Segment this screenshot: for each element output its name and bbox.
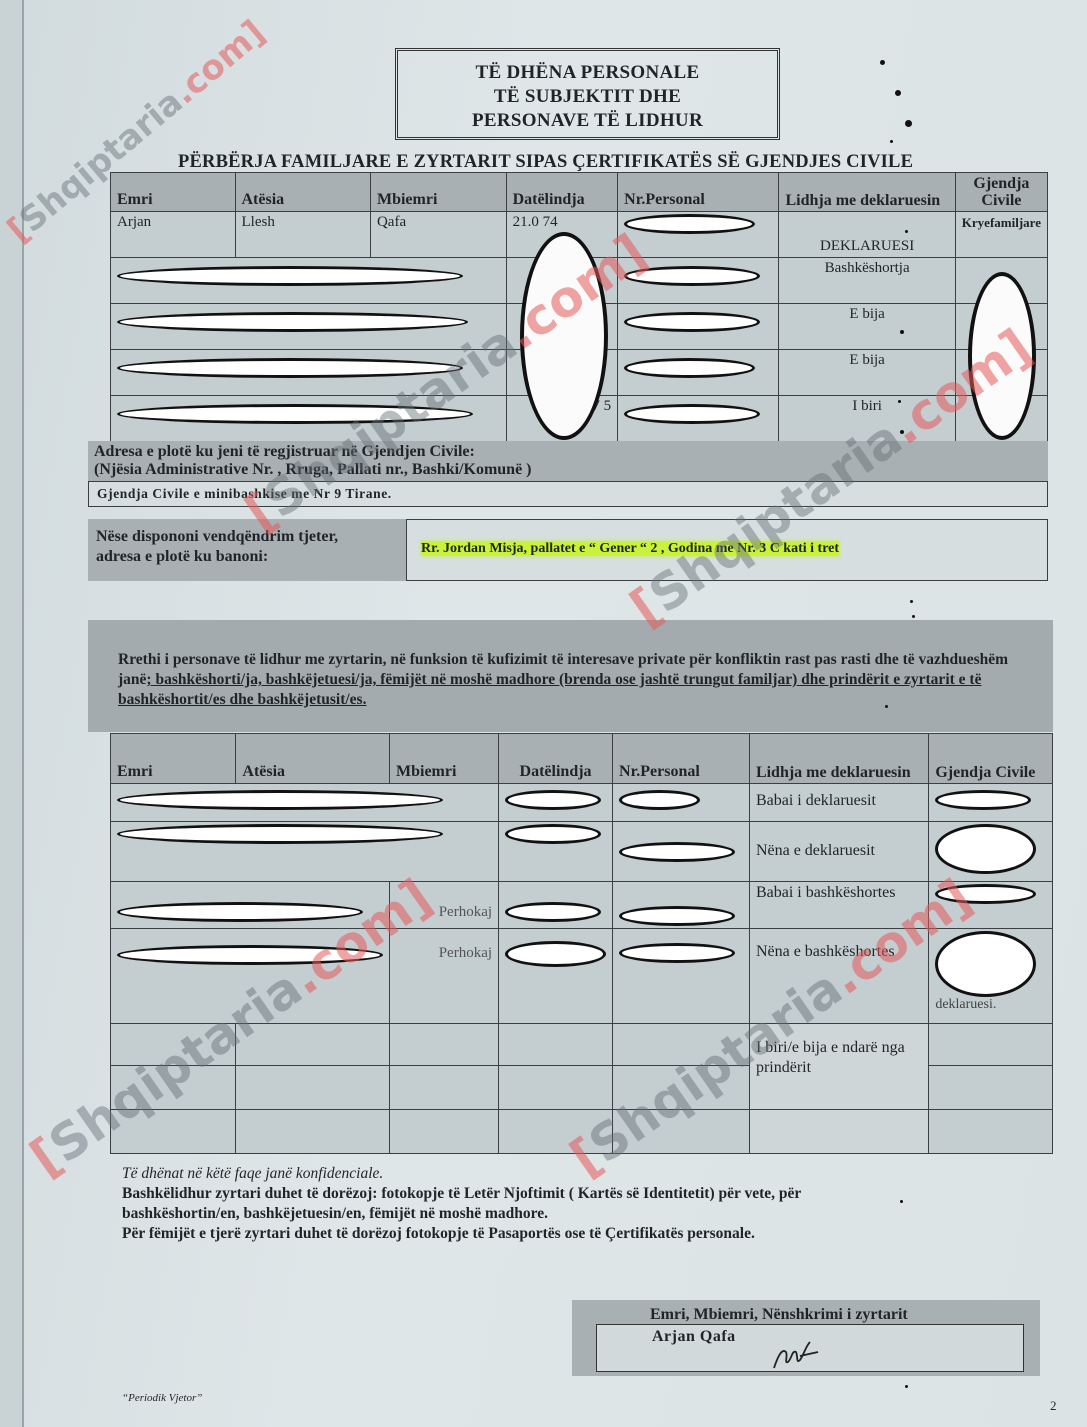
- page-edge: [22, 0, 24, 1427]
- cell-nr-personal: [618, 304, 779, 350]
- redaction-mark: [624, 312, 760, 332]
- cell-mbiemri: Perhokaj: [390, 929, 499, 1024]
- empty-cell: [613, 1066, 750, 1110]
- col-mbiemri: Mbiemri: [390, 734, 499, 784]
- table-row: [111, 1110, 1053, 1154]
- redaction-mark: [505, 824, 601, 844]
- redaction-mark: [117, 790, 443, 810]
- form-type-footer: “Periodik Vjetor”: [122, 1392, 202, 1404]
- cell-name-redacted: [111, 929, 390, 1024]
- empty-cell: [390, 1066, 499, 1110]
- cell-lidhja: Babai i deklaruesit: [749, 784, 928, 822]
- cell-gjendja: Kryefamiljare: [955, 212, 1047, 258]
- handwritten-signature-icon: [770, 1338, 830, 1372]
- cell-lidhja: Nëna e bashkëshortes: [749, 929, 928, 1024]
- redaction-mark: [117, 902, 363, 922]
- redaction-mark: [619, 790, 700, 810]
- cell-atesia: Llesh: [235, 212, 370, 258]
- cell-nr-personal: [618, 350, 779, 396]
- attachment-note-line1: Bashkëlidhur zyrtari duhet të dorëzoj: f…: [122, 1184, 1002, 1204]
- redaction-mark: [117, 824, 443, 844]
- redaction-mark: [505, 941, 606, 967]
- cell-datelindja: [499, 784, 613, 822]
- cell-lidhja: Babai i bashkëshortes: [749, 882, 928, 929]
- cell-lidhja: DEKLARUESI: [779, 212, 955, 258]
- intro-underlined-text: ; bashkëshorti/ja, bashkëjetuesi/ja, fëm…: [118, 671, 981, 708]
- cell-datelindja: [499, 929, 613, 1024]
- col-atesia: Atësia: [235, 173, 370, 212]
- col-gjendja: Gjendja Civile: [955, 173, 1047, 212]
- col-datelindja: Datëlindja: [506, 173, 618, 212]
- cell-nr-personal: [618, 258, 779, 304]
- col-emri: Emri: [111, 734, 236, 784]
- empty-cell: [613, 1024, 750, 1066]
- redaction-mark: [619, 943, 735, 963]
- table-row: Perhokaj Babai i bashkëshortes: [111, 882, 1053, 929]
- cell-nr-personal: [618, 212, 779, 258]
- related-persons-table: Emri Atësia Mbiemri Datëlindja Nr.Person…: [110, 733, 1053, 1154]
- confidential-note: Të dhënat në këtë faqe janë konfidencial…: [122, 1164, 1002, 1184]
- cell-gjendja: [929, 882, 1053, 929]
- col-emri: Emri: [111, 173, 236, 212]
- attachment-note-line2: bashkëshortin/en, bashkëjetuesin/en, fëm…: [122, 1204, 1002, 1224]
- empty-cell: [929, 1024, 1053, 1066]
- residence-label-line1: Nëse dispononi vendqëndrim tjeter,: [96, 527, 398, 547]
- redaction-mark: [117, 404, 473, 424]
- col-gjendja: Gjendja Civile: [929, 734, 1053, 784]
- empty-cell: [111, 1024, 236, 1066]
- title-line-2: TË SUBJEKTIT DHE: [398, 85, 777, 109]
- cell-nr-personal: [613, 784, 750, 822]
- cell-name-redacted: [111, 258, 507, 304]
- redaction-mark: [935, 790, 1031, 810]
- related-persons-intro: Rrethi i personave të lidhur me zyrtarin…: [118, 650, 1038, 710]
- col-datelindja: Datëlindja: [499, 734, 613, 784]
- empty-cell: [390, 1110, 499, 1154]
- cell-name-redacted: [111, 822, 499, 882]
- attachment-note-line3: Për fëmijët e tjerë zyrtari duhet të dor…: [122, 1224, 1002, 1244]
- cell-nr-personal: [613, 882, 750, 929]
- empty-cell: [749, 1110, 928, 1154]
- table-row: Nëna e deklaruesit: [111, 822, 1053, 882]
- signature-name: Arjan Qafa: [652, 1328, 736, 1346]
- family-table-header: Emri Atësia Mbiemri Datëlindja Nr.Person…: [111, 173, 1048, 212]
- col-lidhja: Lidhja me deklaruesin: [779, 173, 955, 212]
- col-lidhja: Lidhja me deklaruesin: [749, 734, 928, 784]
- cell-nr-personal: [613, 929, 750, 1024]
- cell-lidhja: E bija: [779, 304, 955, 350]
- empty-cell: [929, 1066, 1053, 1110]
- cell-name-redacted: [111, 882, 390, 929]
- table-row: Babai i deklaruesit: [111, 784, 1053, 822]
- related-table-header: Emri Atësia Mbiemri Datëlindja Nr.Person…: [111, 734, 1053, 784]
- empty-cell: [236, 1066, 390, 1110]
- title-line-1: TË DHËNA PERSONALE: [398, 61, 777, 85]
- cell-name-redacted: [111, 350, 507, 396]
- table-row: Perhokaj Nëna e bashkëshortes deklaruesi…: [111, 929, 1053, 1024]
- redaction-mark-dates: [520, 232, 608, 440]
- cell-name-redacted: [111, 784, 499, 822]
- cell-gjendja: [929, 822, 1053, 882]
- redaction-mark: [619, 842, 735, 862]
- residence-label-line2: adresa e plotë ku banoni:: [96, 547, 398, 567]
- redaction-mark: [935, 824, 1036, 874]
- cell-gjendja: deklaruesi.: [929, 929, 1053, 1024]
- redaction-mark: [117, 266, 463, 286]
- registered-address-label: Adresa e plotë ku jeni të regjistruar në…: [88, 441, 1048, 481]
- residence-address-highlighted: Rr. Jordan Misja, pallatet e “ Gener “ 2…: [421, 541, 839, 556]
- lidhja-text: DEKLARUESI: [820, 238, 914, 254]
- empty-cell: [499, 1024, 613, 1066]
- redaction-mark: [624, 266, 760, 286]
- empty-cell: [111, 1066, 236, 1110]
- registered-address-label-line1: Adresa e plotë ku jeni të regjistruar në…: [94, 443, 1042, 461]
- notes-section: Të dhënat në këtë faqe janë konfidencial…: [122, 1164, 1002, 1244]
- empty-cell: [236, 1024, 390, 1066]
- cell-lidhja: E bija: [779, 350, 955, 396]
- registered-address-section: Adresa e plotë ku jeni të regjistruar në…: [88, 441, 1048, 507]
- redaction-mark: [505, 902, 601, 922]
- document-title-box: TË DHËNA PERSONALE TË SUBJEKTIT DHE PERS…: [395, 48, 780, 140]
- residence-address-section: Nëse dispononi vendqëndrim tjeter, adres…: [88, 519, 1048, 581]
- col-nr-personal: Nr.Personal: [613, 734, 750, 784]
- cell-name-redacted: [111, 304, 507, 350]
- col-nr-personal: Nr.Personal: [618, 173, 779, 212]
- redaction-mark-civil-status: [968, 272, 1036, 440]
- cell-nr-personal: [618, 396, 779, 442]
- cell-mbiemri: Qafa: [370, 212, 506, 258]
- cell-lidhja: I biri/e bija e ndarë nga prindërit: [749, 1024, 928, 1110]
- registered-address-label-line2: (Njësia Administrative Nr. , Rruga, Pall…: [94, 461, 1042, 479]
- cell-gjendja: [929, 784, 1053, 822]
- col-mbiemri: Mbiemri: [370, 173, 506, 212]
- cell-lidhja: Bashkëshortja: [779, 258, 955, 304]
- col-atesia: Atësia: [236, 734, 390, 784]
- empty-cell: [613, 1110, 750, 1154]
- empty-cell: [499, 1110, 613, 1154]
- cell-datelindja: [499, 882, 613, 929]
- residence-address-value: Rr. Jordan Misja, pallatet e “ Gener “ 2…: [406, 519, 1048, 581]
- cell-datelindja: [499, 822, 613, 882]
- redaction-mark: [935, 884, 1036, 904]
- empty-cell: [111, 1110, 236, 1154]
- page-number: 2: [1050, 1398, 1057, 1414]
- gjendja-fragment: deklaruesi.: [935, 997, 1046, 1013]
- redaction-mark: [117, 945, 383, 965]
- empty-cell: [499, 1066, 613, 1110]
- redaction-mark: [505, 790, 601, 810]
- empty-cell: [236, 1110, 390, 1154]
- redaction-mark: [619, 906, 735, 926]
- cell-lidhja: I biri: [779, 396, 955, 442]
- empty-cell: [929, 1110, 1053, 1154]
- cell-name-redacted: [111, 396, 507, 442]
- cell-mbiemri: Perhokaj: [390, 882, 499, 929]
- cell-lidhja: Nëna e deklaruesit: [749, 822, 928, 882]
- redaction-mark: [624, 214, 755, 234]
- redaction-mark: [117, 312, 468, 332]
- empty-cell: [390, 1024, 499, 1066]
- redaction-mark: [624, 358, 755, 378]
- family-section-heading: PËRBËRJA FAMILJARE E ZYRTARIT SIPAS ÇERT…: [178, 152, 913, 173]
- redaction-mark: [624, 404, 760, 424]
- signature-label: Emri, Mbiemri, Nënshkrimi i zyrtarit: [650, 1306, 908, 1324]
- table-row: I biri/e bija e ndarë nga prindërit: [111, 1024, 1053, 1066]
- title-line-3: PERSONAVE TË LIDHUR: [398, 109, 777, 133]
- registered-address-value: Gjendja Civile e minibashkise me Nr 9 Ti…: [88, 481, 1048, 507]
- cell-emri: Arjan: [111, 212, 236, 258]
- cell-nr-personal: [613, 822, 750, 882]
- redaction-mark: [935, 931, 1036, 997]
- residence-address-label: Nëse dispononi vendqëndrim tjeter, adres…: [88, 519, 406, 581]
- redaction-mark: [117, 358, 463, 378]
